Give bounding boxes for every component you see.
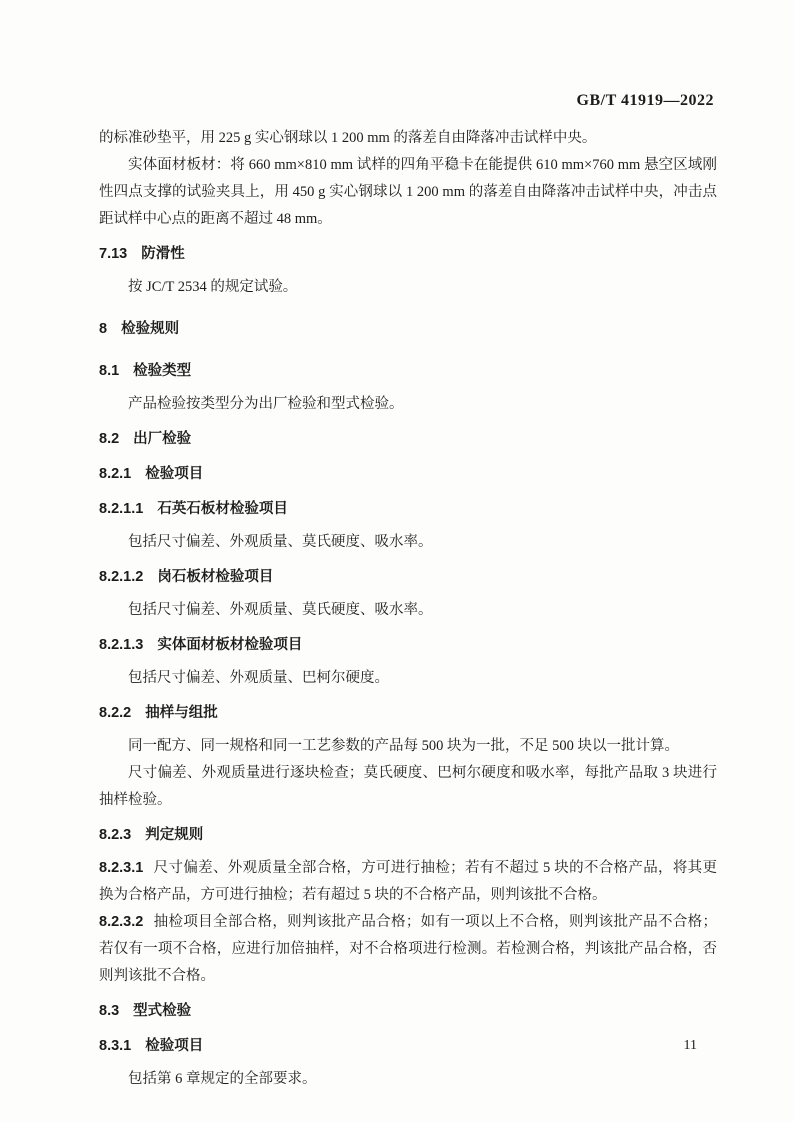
clause-number: 8 [99,321,107,337]
clause-title: 岗石板材检验项目 [157,569,273,585]
paragraph: 的标准砂垫平，用 225 g 实心钢球以 1 200 mm 的落差自由降落冲击试… [99,125,717,152]
paragraph: 尺寸偏差、外观质量进行逐块检查；莫氏硬度、巴柯尔硬度和吸水率，每批产品取 3 块… [99,760,717,814]
clause-number: 8.2.3 [99,827,131,843]
paragraph: 包括尺寸偏差、外观质量、巴柯尔硬度。 [99,665,717,692]
clause-number: 8.2.1 [99,466,131,482]
paragraph: 包括尺寸偏差、外观质量、莫氏硬度、吸水率。 [99,529,717,556]
document-page: GB/T 41919—2022 的标准砂垫平，用 225 g 实心钢球以 1 2… [0,0,794,1122]
clause-heading-8-2-1-2: 8.2.1.2岗石板材检验项目 [99,564,717,591]
clause-heading-8-2-1-3: 8.2.1.3实体面材板材检验项目 [99,632,717,659]
clause-title: 判定规则 [145,827,203,843]
clause-title: 实体面材板材检验项目 [157,637,302,653]
document-body: 的标准砂垫平，用 225 g 实心钢球以 1 200 mm 的落差自由降落冲击试… [99,125,717,1093]
clause-heading-8-1: 8.1检验类型 [99,358,717,385]
chapter-heading-8: 8检验规则 [99,316,717,343]
clause-heading-8-2-1: 8.2.1检验项目 [99,461,717,488]
page-number: 11 [99,1036,697,1056]
clause-heading-8-2-2: 8.2.2抽样与组批 [99,700,717,727]
clause-title: 防滑性 [141,246,185,262]
paragraph: 实体面材板材：将 660 mm×810 mm 试样的四角平稳卡在能提供 610 … [99,152,717,233]
clause-number: 8.2.1.3 [99,637,143,653]
clause-number: 8.3 [99,1003,119,1019]
clause-heading-8-2-1-1: 8.2.1.1石英石板材检验项目 [99,496,717,523]
clause-title: 检验项目 [145,466,203,482]
clause-title: 型式检验 [133,1003,191,1019]
clause-number: 8.2 [99,431,119,447]
clause-heading-7-13: 7.13防滑性 [99,241,717,268]
clause-number: 8.2.3.1 [99,860,143,876]
clause-number: 8.2.1.1 [99,501,143,517]
clause-title: 出厂检验 [133,431,191,447]
paragraph-text: 尺寸偏差、外观质量全部合格，方可进行抽检；若有不超过 5 块的不合格产品，将其更… [99,860,717,903]
numbered-paragraph: 8.2.3.1尺寸偏差、外观质量全部合格，方可进行抽检；若有不超过 5 块的不合… [99,855,717,909]
paragraph: 包括尺寸偏差、外观质量、莫氏硬度、吸水率。 [99,597,717,624]
standard-number-header: GB/T 41919—2022 [99,92,714,110]
clause-number: 8.2.2 [99,705,131,721]
clause-number: 8.1 [99,363,119,379]
clause-heading-8-3: 8.3型式检验 [99,998,717,1025]
clause-heading-8-2-3: 8.2.3判定规则 [99,822,717,849]
paragraph: 同一配方、同一规格和同一工艺参数的产品每 500 块为一批，不足 500 块以一… [99,733,717,760]
clause-number: 7.13 [99,246,127,262]
clause-number: 8.2.1.2 [99,569,143,585]
clause-heading-8-2: 8.2出厂检验 [99,426,717,453]
clause-title: 抽样与组批 [145,705,218,721]
paragraph: 按 JC/T 2534 的规定试验。 [99,274,717,301]
paragraph: 产品检验按类型分为出厂检验和型式检验。 [99,391,717,418]
paragraph: 包括第 6 章规定的全部要求。 [99,1066,717,1093]
numbered-paragraph: 8.2.3.2抽检项目全部合格，则判该批产品合格；如有一项以上不合格，则判该批产… [99,909,717,990]
clause-title: 检验规则 [121,321,179,337]
clause-title: 检验类型 [133,363,191,379]
paragraph-text: 抽检项目全部合格，则判该批产品合格；如有一项以上不合格，则判该批产品不合格；若仅… [99,914,717,984]
clause-title: 石英石板材检验项目 [157,501,288,517]
clause-number: 8.2.3.2 [99,914,143,930]
